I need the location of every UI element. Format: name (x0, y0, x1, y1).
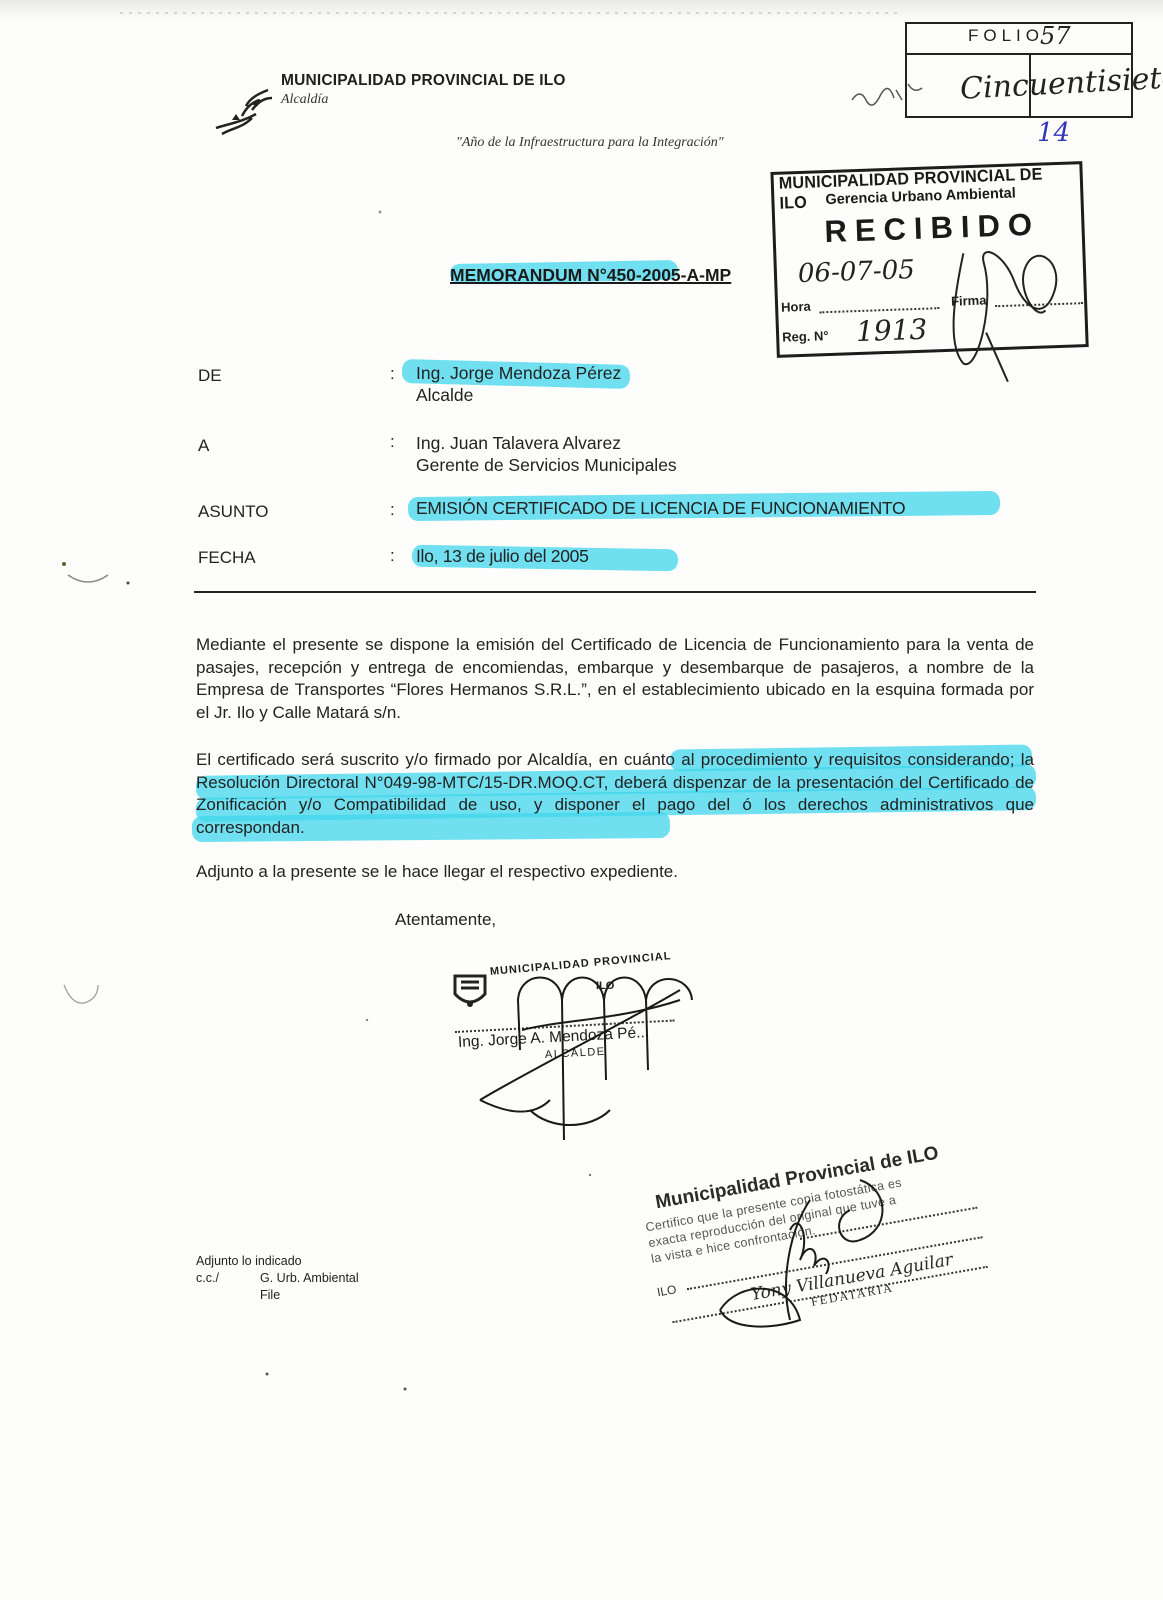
paragraph-text: Mediante el presente se dispone la emisi… (196, 634, 1034, 724)
folio-number: 57 (1040, 22, 1071, 50)
date-value: Ilo, 13 de julio del 2005 (416, 545, 589, 567)
memo-title: MEMORANDUM N°450-2005-A-MP (450, 265, 731, 286)
paragraph-text: Adjunto a la presente se le hace llegar … (196, 861, 1034, 884)
body-paragraph: Mediante el presente se dispone la emisi… (196, 634, 1034, 724)
field-label-a: A (198, 436, 209, 456)
recipient-title: Gerente de Servicios Municipales (416, 454, 677, 476)
letterhead-office: Alcaldía (281, 92, 328, 108)
year-motto: "Año de la Infraestructura para la Integ… (456, 135, 724, 151)
folio-label: FOLIO (968, 26, 1044, 46)
signature-icon (922, 210, 1068, 385)
body-paragraph: El certificado será suscrito y/o firmado… (196, 749, 1034, 839)
stamp-reg-label: Reg. N° (782, 328, 829, 345)
stamp-reg-number: 1913 (855, 313, 927, 348)
field-label-asunto: ASUNTO (198, 502, 269, 522)
scan-noise (120, 12, 900, 14)
header-divider (194, 591, 1036, 593)
stamp-hora-label: Hora (781, 299, 811, 315)
scan-edge (0, 0, 1163, 22)
field-colon: : (390, 546, 395, 566)
field-colon: : (390, 432, 395, 452)
cc-label: c.c./ (196, 1271, 219, 1285)
sender-name: Ing. Jorge Mendoza Pérez (416, 362, 621, 384)
signature-icon (690, 1170, 910, 1340)
field-value-a: Ing. Juan Talavera Alvarez Gerente de Se… (416, 432, 677, 476)
signature-icon (470, 960, 700, 1140)
attachment-note: Adjunto lo indicado (196, 1254, 302, 1268)
body-paragraph: Adjunto a la presente se le hace llegar … (196, 861, 1034, 884)
sender-title: Alcalde (416, 384, 621, 406)
closing: Atentamente, (395, 910, 496, 930)
field-label-fecha: FECHA (198, 548, 256, 568)
received-stamp: MUNICIPALIDAD PROVINCIAL DE ILO Gerencia… (770, 149, 1089, 358)
field-colon: : (390, 364, 395, 384)
paragraph-text: El certificado será suscrito y/o firmado… (196, 749, 1034, 839)
cert-place: ILO (656, 1282, 677, 1299)
field-colon: : (390, 500, 395, 520)
recipient-name: Ing. Juan Talavera Alvarez (416, 432, 677, 454)
field-label-de: DE (198, 366, 222, 386)
scribble-mark-icon (850, 78, 930, 108)
letterhead-institution: MUNICIPALIDAD PROVINCIAL DE ILO (281, 72, 566, 90)
field-value-de: Ing. Jorge Mendoza Pérez Alcalde (416, 362, 621, 406)
subject-value: EMISIÓN CERTIFICADO DE LICENCIA DE FUNCI… (416, 497, 905, 519)
folio-divider (905, 53, 1133, 55)
cc-recipient: File (260, 1288, 280, 1302)
municipal-logo-icon (212, 88, 278, 138)
stamp-date: 06-07-05 (797, 255, 915, 289)
cc-recipient: G. Urb. Ambiental (260, 1271, 359, 1285)
blue-page-mark: 14 (1037, 118, 1070, 148)
